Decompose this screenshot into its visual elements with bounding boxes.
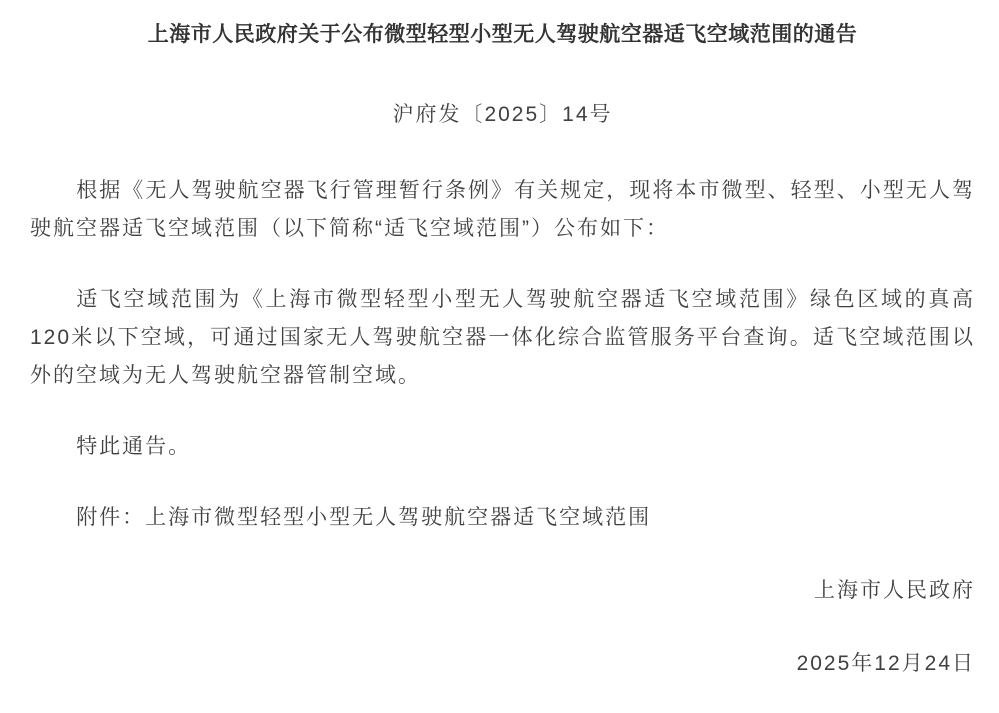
notice-document: 上海市人民政府关于公布微型轻型小型无人驾驶航空器适飞空域范围的通告 沪府发〔20… (0, 0, 999, 713)
document-body: 根据《无人驾驶航空器飞行管理暂行条例》有关规定，现将本市微型、轻型、小型无人驾驶… (30, 172, 975, 537)
body-paragraph-attachment: 附件：上海市微型轻型小型无人驾驶航空器适飞空域范围 (30, 499, 975, 537)
signature-authority: 上海市人民政府 (30, 572, 975, 610)
document-title: 上海市人民政府关于公布微型轻型小型无人驾驶航空器适飞空域范围的通告 (30, 18, 975, 52)
body-paragraph-basis: 根据《无人驾驶航空器飞行管理暂行条例》有关规定，现将本市微型、轻型、小型无人驾驶… (30, 172, 975, 248)
document-number: 沪府发〔2025〕14号 (30, 98, 975, 132)
body-paragraph-closing: 特此通告。 (30, 428, 975, 466)
body-paragraph-scope: 适飞空域范围为《上海市微型轻型小型无人驾驶航空器适飞空域范围》绿色区域的真高12… (30, 281, 975, 395)
signature-date: 2025年12月24日 (30, 645, 975, 683)
